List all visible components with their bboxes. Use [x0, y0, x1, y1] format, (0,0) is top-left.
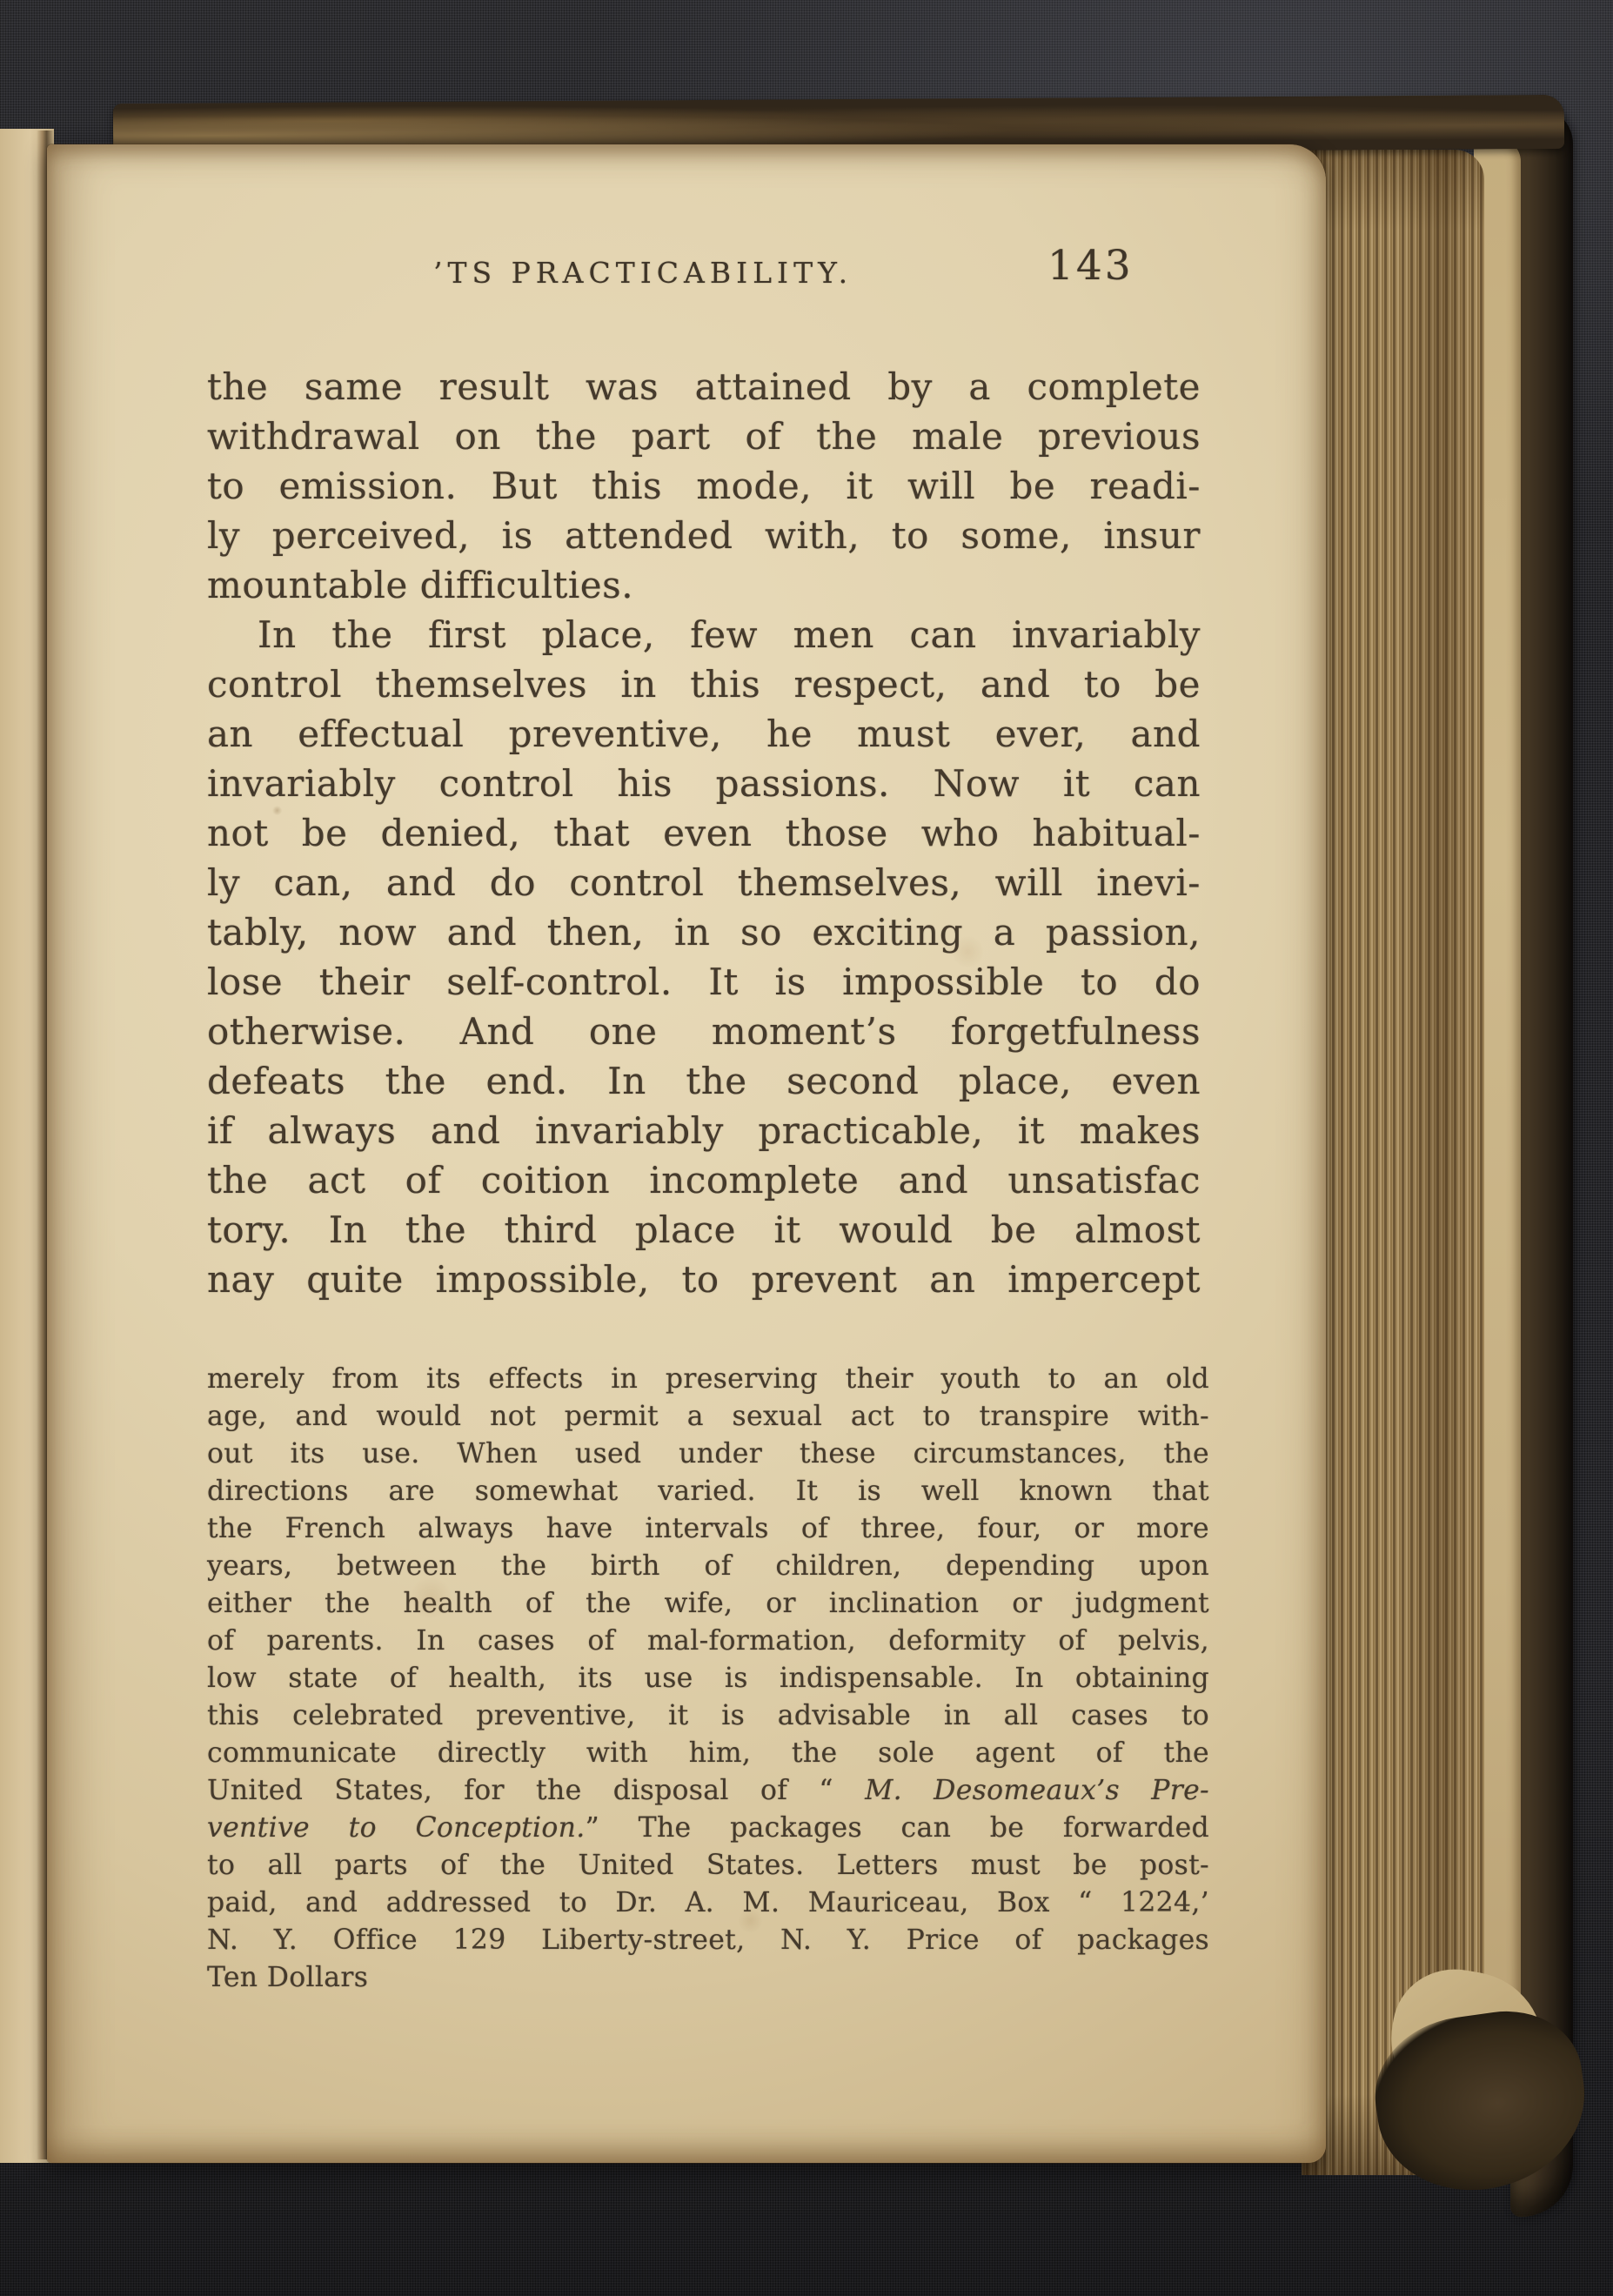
text-line: invariably control his passions. Now it … — [207, 759, 1201, 808]
text-line: tory. In the third place it would be alm… — [207, 1205, 1201, 1255]
page-number: 143 — [1047, 242, 1134, 290]
text-line: defeats the end. In the second place, ev… — [207, 1056, 1201, 1106]
text-segment: years, between the birth of children, de… — [207, 1550, 1209, 1582]
text-segment: United States, for the disposal of “ — [207, 1775, 865, 1806]
footnote-text: merely from its effects in preserving th… — [207, 1361, 1209, 1997]
text-line: either the health of the wife, or inclin… — [207, 1585, 1209, 1623]
text-line: ventive to Conception.” The packages can… — [207, 1810, 1209, 1847]
text-segment: mountable difficulties. — [207, 564, 633, 606]
text-segment: out its use. When used under these circu… — [207, 1438, 1209, 1469]
text-segment: the same result was attained by a comple… — [207, 365, 1201, 408]
text-line: an effectual preventive, he must ever, a… — [207, 709, 1201, 759]
photo-backdrop-fabric: { "palette": { "paper": "#e1d2ae", "ink"… — [0, 0, 1613, 2296]
text-segment: to all parts of the United States. Lette… — [207, 1850, 1209, 1881]
text-segment: N. Y. Office 129 Liberty-street, N. Y. P… — [207, 1924, 1209, 1956]
text-line: lose their self-control. It is impossibl… — [207, 957, 1201, 1007]
page-fore-edge-stack — [1302, 150, 1484, 2175]
text-segment: communicate directly with him, the sole … — [207, 1737, 1209, 1769]
text-segment: an effectual preventive, he must ever, a… — [207, 713, 1201, 755]
text-line: withdrawal on the part of the male previ… — [207, 412, 1201, 461]
text-line: to emission. But this mode, it will be r… — [207, 461, 1201, 511]
text-line: mountable difficulties. — [207, 560, 1201, 610]
running-head-title: ’TS PRACTICABILITY. — [433, 256, 853, 290]
text-segment: tory. In the third place it would be alm… — [207, 1208, 1201, 1251]
text-line: tably, now and then, in so exciting a pa… — [207, 907, 1201, 957]
text-segment: ” The packages can be forwarded — [586, 1812, 1209, 1844]
text-line: the act of coition incomplete and unsati… — [207, 1155, 1201, 1205]
text-segment: ly can, and do control themselves, will … — [207, 861, 1201, 904]
text-line: paid, and addressed to Dr. A. M. Maurice… — [207, 1884, 1209, 1922]
text-segment: merely from its effects in preserving th… — [207, 1363, 1209, 1395]
text-segment: In the first place, few men can invariab… — [258, 613, 1201, 656]
text-segment: otherwise. And one moment’s forgetfulnes… — [207, 1010, 1201, 1053]
text-line: age, and would not permit a sexual act t… — [207, 1398, 1209, 1436]
text-line: communicate directly with him, the sole … — [207, 1735, 1209, 1772]
text-segment: to emission. But this mode, it will be r… — [207, 465, 1201, 507]
text-segment: paid, and addressed to Dr. A. M. Maurice… — [207, 1887, 1209, 1918]
text-segment: age, and would not permit a sexual act t… — [207, 1401, 1209, 1432]
text-line: N. Y. Office 129 Liberty-street, N. Y. P… — [207, 1922, 1209, 1959]
text-line: years, between the birth of children, de… — [207, 1548, 1209, 1585]
text-line: In the first place, few men can invariab… — [207, 610, 1201, 659]
book-page: ’TS PRACTICABILITY. 143 the same result … — [47, 144, 1326, 2163]
text-line: merely from its effects in preserving th… — [207, 1361, 1209, 1398]
text-segment: the French always have intervals of thre… — [207, 1513, 1209, 1544]
text-line: directions are somewhat varied. It is we… — [207, 1473, 1209, 1510]
text-segment: control themselves in this respect, and … — [207, 663, 1201, 706]
text-line: to all parts of the United States. Lette… — [207, 1847, 1209, 1884]
text-line: otherwise. And one moment’s forgetfulnes… — [207, 1007, 1201, 1056]
text-segment: defeats the end. In the second place, ev… — [207, 1060, 1201, 1102]
text-segment: if always and invariably practicable, it… — [207, 1109, 1201, 1152]
text-segment: Ten Dollars — [207, 1962, 368, 1993]
text-segment: ly perceived, is attended with, to some,… — [207, 514, 1201, 557]
text-line: the French always have intervals of thre… — [207, 1510, 1209, 1548]
text-line: the same result was attained by a comple… — [207, 362, 1201, 412]
text-segment: directions are somewhat varied. It is we… — [207, 1476, 1209, 1507]
text-segment: not be denied, that even those who habit… — [207, 812, 1201, 854]
text-line: low state of health, its use is indispen… — [207, 1660, 1209, 1697]
text-segment: of parents. In cases of mal-formation, d… — [207, 1625, 1209, 1657]
text-line: United States, for the disposal of “ M. … — [207, 1772, 1209, 1810]
text-segment: lose their self-control. It is impossibl… — [207, 961, 1201, 1003]
text-line: this celebrated preventive, it is advisa… — [207, 1697, 1209, 1735]
text-line: Ten Dollars — [207, 1959, 1209, 1997]
text-segment: tably, now and then, in so exciting a pa… — [207, 911, 1201, 954]
text-line: not be denied, that even those who habit… — [207, 808, 1201, 858]
italic-text-segment: ventive to Conception. — [207, 1812, 586, 1844]
text-line: of parents. In cases of mal-formation, d… — [207, 1623, 1209, 1660]
text-line: control themselves in this respect, and … — [207, 659, 1201, 709]
text-segment: this celebrated preventive, it is advisa… — [207, 1700, 1209, 1731]
text-segment: either the health of the wife, or inclin… — [207, 1588, 1209, 1619]
body-text: the same result was attained by a comple… — [207, 362, 1201, 1304]
text-line: ly can, and do control themselves, will … — [207, 858, 1201, 907]
italic-text-segment: M. Desomeaux’s Pre- — [865, 1775, 1209, 1806]
text-line: if always and invariably practicable, it… — [207, 1106, 1201, 1155]
text-segment: the act of coition incomplete and unsati… — [207, 1159, 1201, 1202]
text-line: out its use. When used under these circu… — [207, 1436, 1209, 1473]
text-line: ly perceived, is attended with, to some,… — [207, 511, 1201, 560]
text-segment: low state of health, its use is indispen… — [207, 1663, 1209, 1694]
text-line: nay quite impossible, to prevent an impe… — [207, 1255, 1201, 1304]
text-segment: invariably control his passions. Now it … — [207, 762, 1201, 805]
text-segment: nay quite impossible, to prevent an impe… — [207, 1258, 1201, 1301]
text-segment: withdrawal on the part of the male previ… — [207, 415, 1201, 458]
